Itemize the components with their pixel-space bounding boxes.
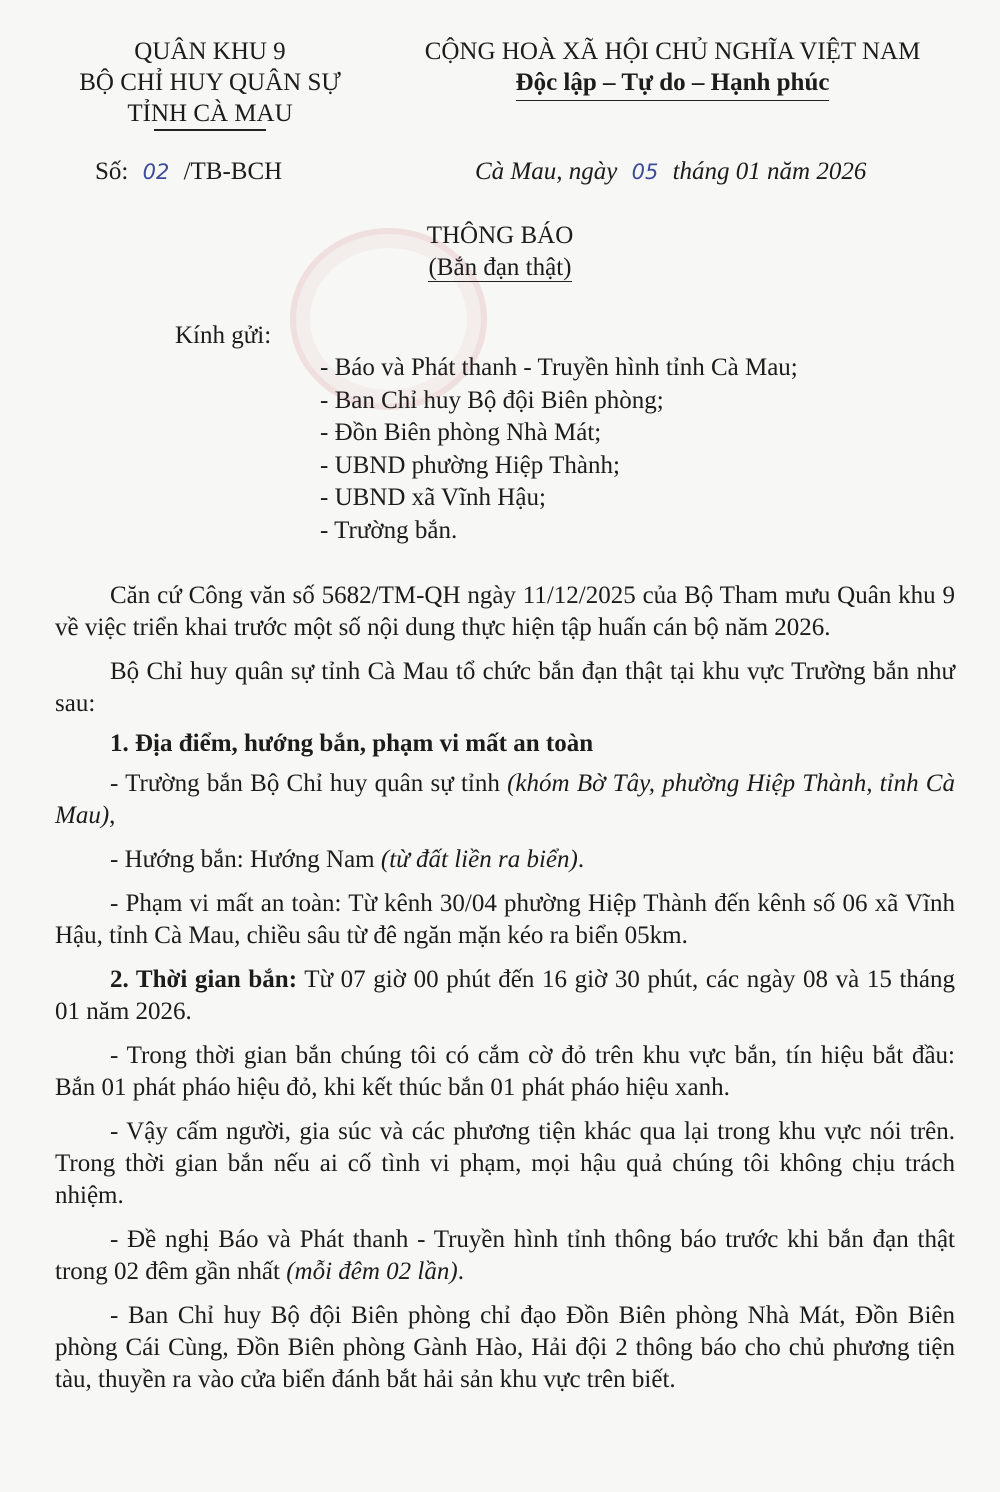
recipient-item: - UBND phường Hiệp Thành;: [320, 450, 798, 483]
direction-detail: (từ đất liền ra biển): [381, 846, 578, 873]
section-1-item-danger-zone: - Phạm vi mất an toàn: Từ kênh 30/04 phư…: [55, 888, 955, 952]
location-end: ,: [109, 802, 115, 829]
handwritten-day: 05: [624, 160, 667, 184]
national-header: CỘNG HOÀ XÃ HỘI CHỦ NGHĨA VIỆT NAM Độc l…: [385, 36, 960, 101]
recipient-list: - Báo và Phát thanh - Truyền hình tỉnh C…: [320, 352, 798, 547]
broadcast-end: .: [458, 1258, 464, 1285]
broadcast-detail: (mỗi đêm 02 lần): [286, 1258, 458, 1285]
broadcast-text: - Đề nghị Báo và Phát thanh - Truyền hìn…: [55, 1226, 955, 1285]
section-1-heading: 1. Địa điểm, hướng bắn, phạm vi mất an t…: [55, 728, 955, 760]
document-number: Số: 02 /TB-BCH: [95, 158, 282, 186]
section-1-item-location: - Trường bắn Bộ Chỉ huy quân sự tỉnh (kh…: [55, 768, 955, 832]
legal-basis-paragraph: Căn cứ Công văn số 5682/TM-QH ngày 11/12…: [55, 580, 955, 644]
section-2-item-prohibition: - Vậy cấm người, gia súc và các phương t…: [55, 1116, 955, 1212]
agency-underline: [154, 129, 266, 131]
recipient-item: - Ban Chỉ huy Bộ đội Biên phòng;: [320, 385, 798, 418]
issuing-agency-header: QUÂN KHU 9 BỘ CHỈ HUY QUÂN SỰ TỈNH CÀ MA…: [40, 36, 380, 131]
handwritten-doc-number: 02: [135, 160, 178, 184]
doc-number-suffix: /TB-BCH: [184, 158, 283, 185]
section-1-heading-text: 1. Địa điểm, hướng bắn, phạm vi mất an t…: [110, 730, 593, 757]
section-1-item-direction: - Hướng bắn: Hướng Nam (từ đất liền ra b…: [55, 844, 955, 876]
addressee-label: Kính gửi:: [175, 322, 271, 350]
document-body: Căn cứ Công văn số 5682/TM-QH ngày 11/12…: [55, 580, 955, 1408]
recipient-item: - Trường bắn.: [320, 515, 798, 548]
section-2-heading: 2. Thời gian bắn:: [110, 966, 297, 993]
intro-paragraph: Bộ Chỉ huy quân sự tỉnh Cà Mau tổ chức b…: [55, 656, 955, 720]
agency-line-3: TỈNH CÀ MAU: [40, 98, 380, 129]
document-subtitle: (Bắn đạn thật): [300, 254, 700, 282]
subtitle-text: (Bắn đạn thật): [428, 254, 571, 282]
location-text: - Trường bắn Bộ Chỉ huy quân sự tỉnh: [110, 770, 507, 797]
recipient-item: - Đồn Biên phòng Nhà Mát;: [320, 417, 798, 450]
date-line: Cà Mau, ngày 05 tháng 01 năm 2026: [475, 158, 866, 186]
document-page: QUÂN KHU 9 BỘ CHỈ HUY QUÂN SỰ TỈNH CÀ MA…: [0, 0, 1000, 1492]
direction-text: - Hướng bắn: Hướng Nam: [110, 846, 381, 873]
recipient-item: - Báo và Phát thanh - Truyền hình tỉnh C…: [320, 352, 798, 385]
doc-number-prefix: Số:: [95, 158, 128, 185]
agency-line-2: BỘ CHỈ HUY QUÂN SỰ: [40, 67, 380, 98]
recipient-item: - UBND xã Vĩnh Hậu;: [320, 482, 798, 515]
section-2-time: 2. Thời gian bắn: Từ 07 giờ 00 phút đến …: [55, 964, 955, 1028]
date-prefix: Cà Mau, ngày: [475, 158, 617, 185]
agency-line-1: QUÂN KHU 9: [40, 36, 380, 67]
national-motto: Độc lập – Tự do – Hạnh phúc: [516, 67, 830, 101]
section-2-item-broadcast: - Đề nghị Báo và Phát thanh - Truyền hìn…: [55, 1224, 955, 1288]
date-suffix: tháng 01 năm 2026: [673, 158, 867, 185]
document-title: THÔNG BÁO: [300, 222, 700, 250]
national-title: CỘNG HOÀ XÃ HỘI CHỦ NGHĨA VIỆT NAM: [385, 36, 960, 67]
direction-end: .: [578, 846, 584, 873]
section-2-item-border-guard: - Ban Chỉ huy Bộ đội Biên phòng chỉ đạo …: [55, 1300, 955, 1396]
section-2-item-signals: - Trong thời gian bắn chúng tôi có cắm c…: [55, 1040, 955, 1104]
